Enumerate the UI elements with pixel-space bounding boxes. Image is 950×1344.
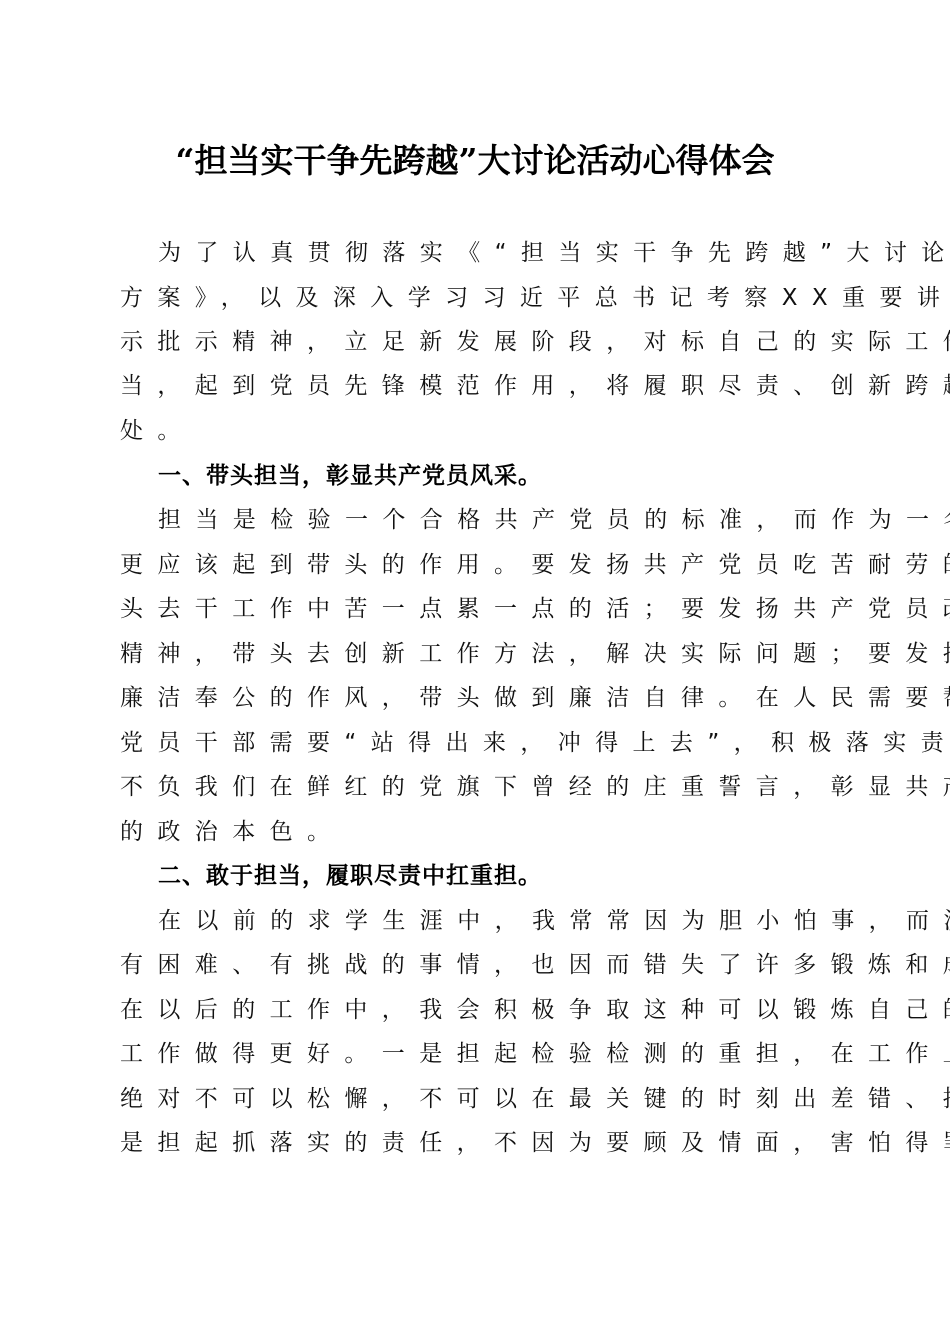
- paragraph-line: 头去干工作中苦一点累一点的活；要发扬共产党员改革创新的: [120, 587, 832, 631]
- paragraph-line: 方案》，以及深入学习习近平总书记考察XX重要讲话和重要指: [120, 276, 832, 320]
- paragraph-line: 担当是检验一个合格共产党员的标准，而作为一名共产党员，: [158, 498, 870, 542]
- paragraph-line: 处。: [120, 409, 832, 453]
- paragraph-line: 精神，带头去创新工作方法，解决实际问题；要发扬共产党员: [120, 632, 832, 676]
- paragraph-line: 的政治本色。: [120, 810, 832, 854]
- paragraph-line: 工作做得更好。一是担起检验检测的重担，在工作上，思想上: [120, 1032, 832, 1076]
- document-title: “担当实干争先跨越”大讨论活动心得体会: [0, 139, 950, 183]
- document-page: “担当实干争先跨越”大讨论活动心得体会 为了认真贯彻落实《“担当实干争先跨越”大…: [0, 0, 950, 1344]
- paragraph-line: 廉洁奉公的作风，带头做到廉洁自律。在人民需要帮助的时刻，: [120, 676, 832, 720]
- paragraph-line: 更应该起到带头的作用。要发扬共产党员吃苦耐劳的精神，带: [120, 543, 832, 587]
- paragraph-line: 是担起抓落实的责任，不因为要顾及情面，害怕得罪人而不敢: [120, 1121, 832, 1165]
- paragraph-line: 在以后的工作中，我会积极争取这种可以锻炼自己的机会，把: [120, 988, 832, 1032]
- section-heading-2: 二、敢于担当，履职尽责中扛重担。: [158, 854, 870, 898]
- section-heading-1: 一、带头担当，彰显共产党员风采。: [158, 454, 870, 498]
- paragraph-line: 不负我们在鲜红的党旗下曾经的庄重誓言，彰显共产党员不变: [120, 765, 832, 809]
- paragraph-line: 有困难、有挑战的事情，也因而错失了许多锻炼和成长的机会。: [120, 943, 832, 987]
- paragraph-line: 党员干部需要“站得出来，冲得上去”，积极落实责任帮扶，: [120, 721, 832, 765]
- paragraph-line: 在以前的求学生涯中，我常常因为胆小怕事，而没有去接受: [158, 899, 870, 943]
- paragraph-line: 当，起到党员先锋模范作用，将履职尽责、创新跨越践行到实: [120, 364, 832, 408]
- paragraph-line: 示批示精神，立足新发展阶段，对标自己的实际工作，勇于担: [120, 320, 832, 364]
- paragraph-line: 为了认真贯彻落实《“担当实干争先跨越”大讨论活动实施: [158, 231, 870, 275]
- paragraph-line: 绝对不可以松懈，不可以在最关键的时刻出差错、掉链子。二: [120, 1077, 832, 1121]
